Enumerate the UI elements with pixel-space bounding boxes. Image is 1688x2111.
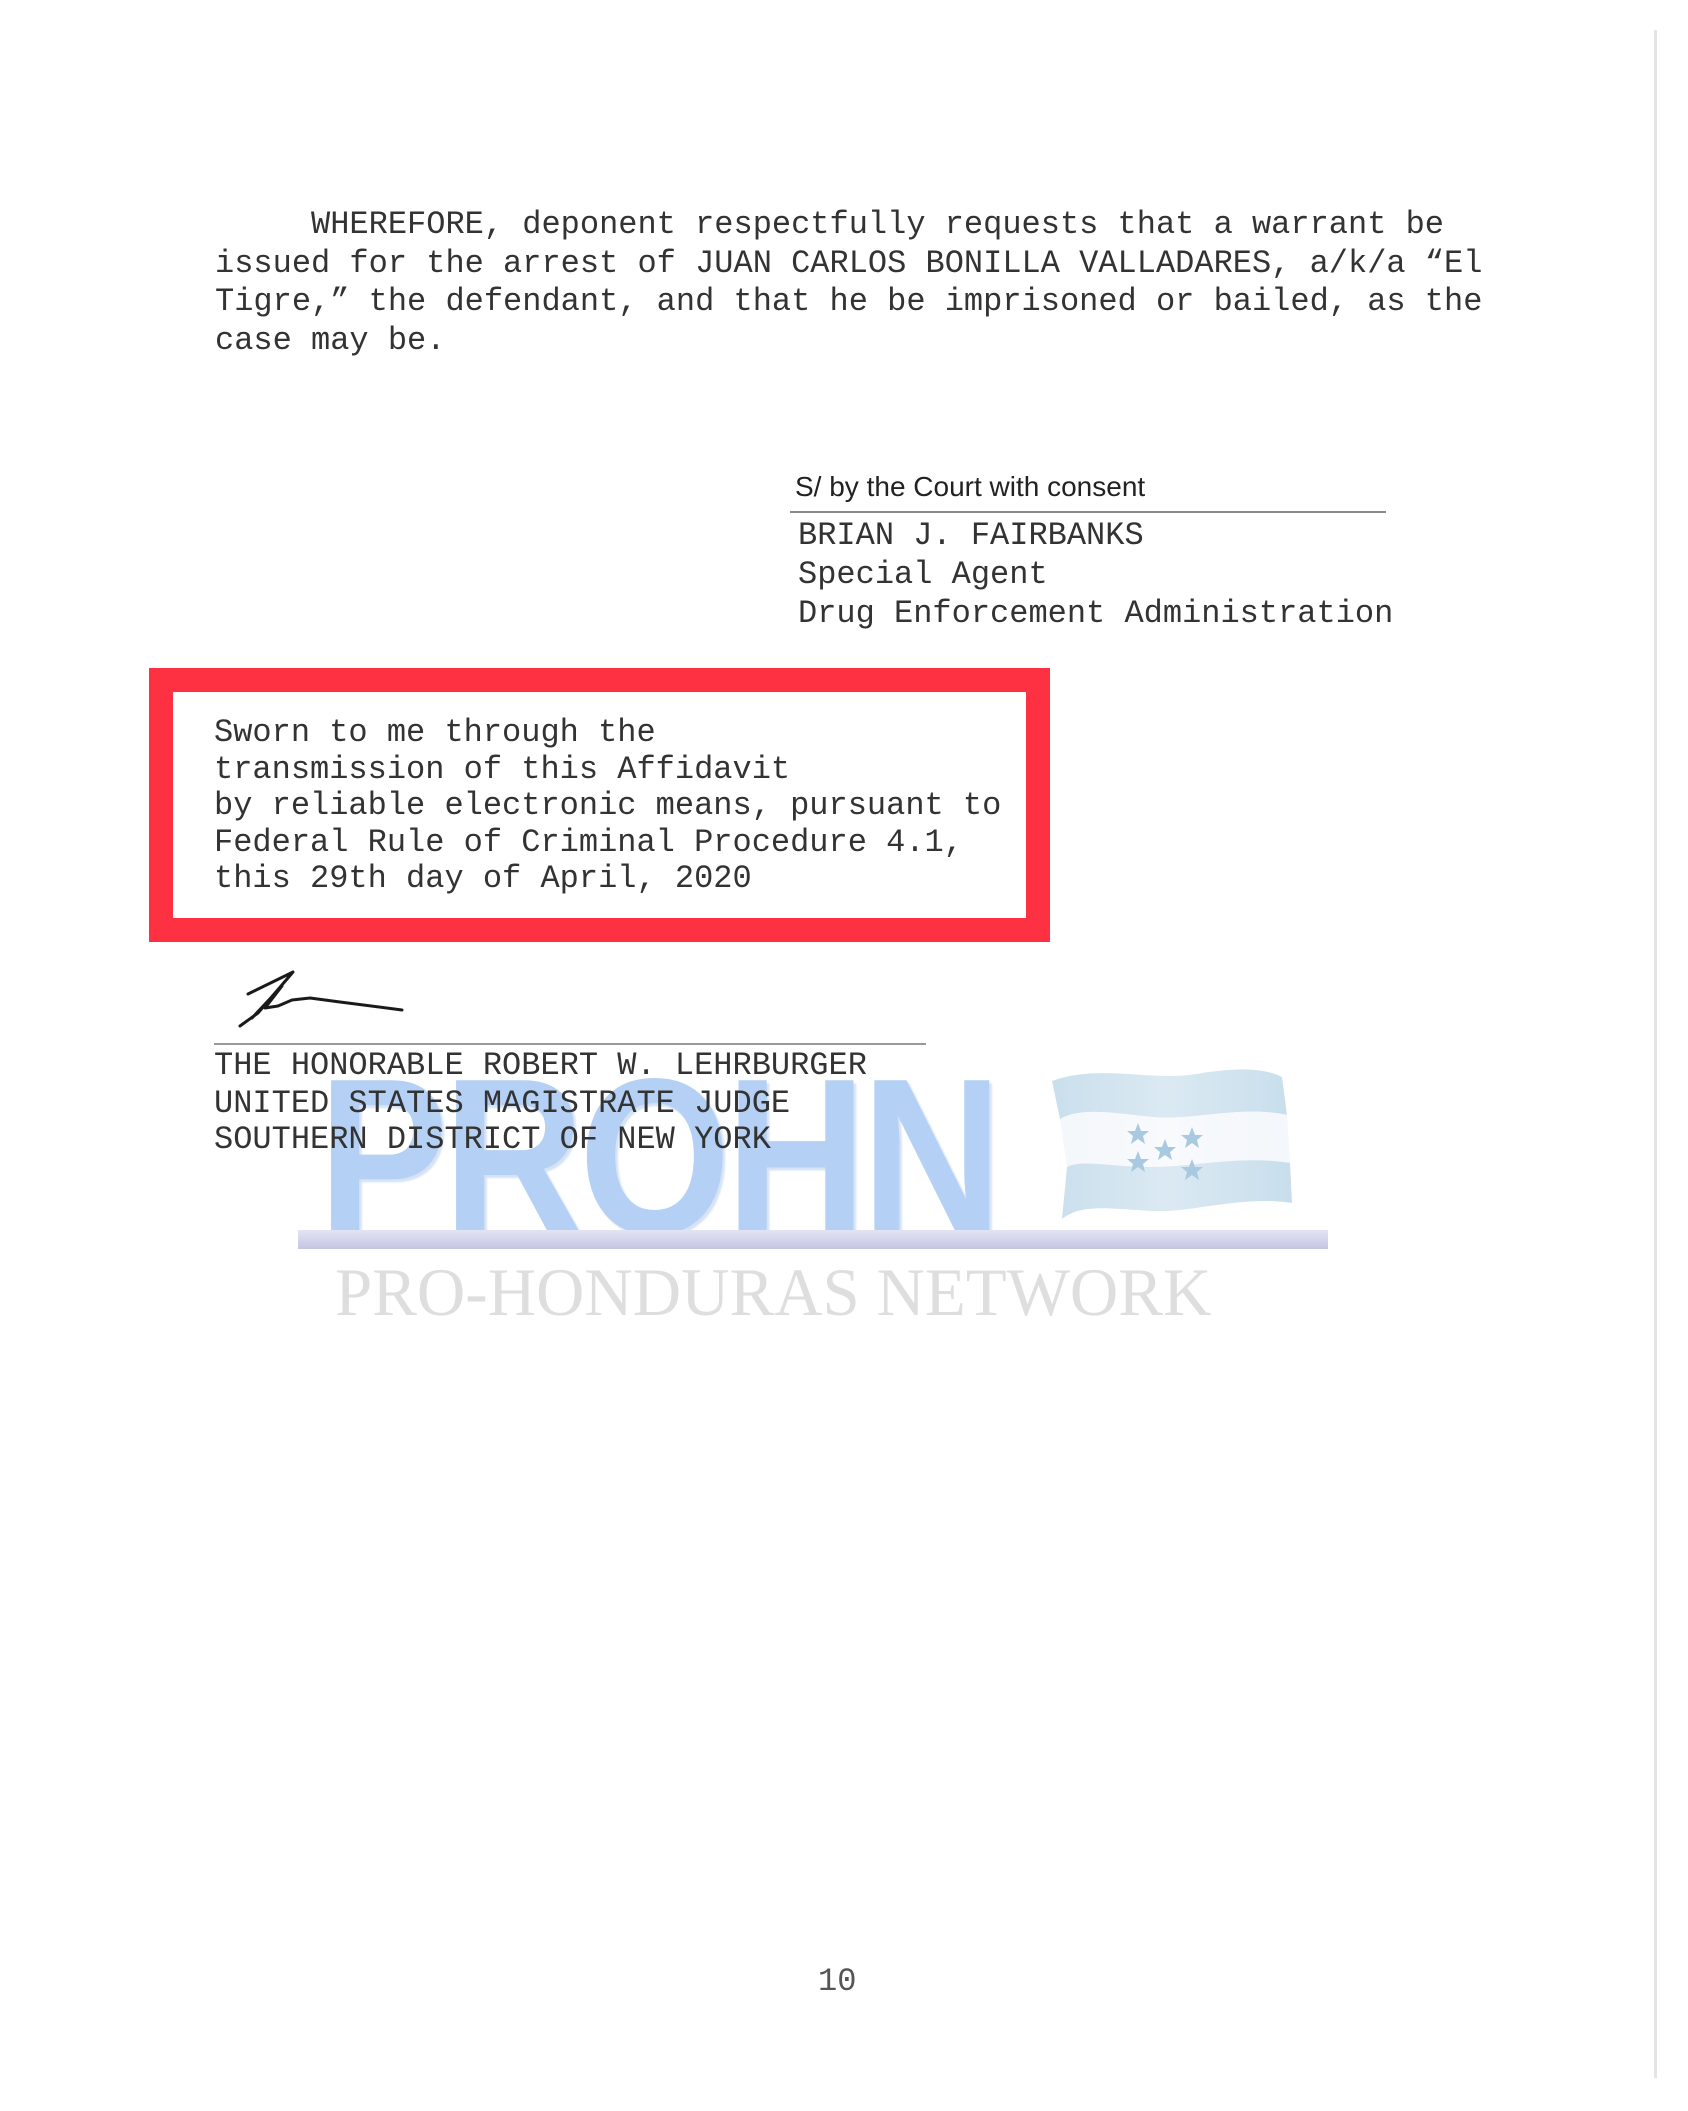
watermark-caption: PRO-HONDURAS NETWORK — [335, 1258, 1211, 1326]
paragraph-line: issued for the arrest of JUAN CARLOS BON… — [215, 248, 1482, 280]
sworn-line: transmission of this Affidavit — [214, 754, 790, 786]
sworn-line: this 29th day of April, 2020 — [214, 863, 752, 895]
agent-agency: Drug Enforcement Administration — [798, 598, 1393, 630]
judge-title: UNITED STATES MAGISTRATE JUDGE — [214, 1088, 790, 1120]
page-number: 10 — [818, 1966, 856, 1998]
sworn-line: Federal Rule of Criminal Procedure 4.1, — [214, 827, 963, 859]
sworn-line: by reliable electronic means, pursuant t… — [214, 790, 1001, 822]
honduras-flag-icon — [1042, 1063, 1292, 1221]
agent-title: Special Agent — [798, 559, 1048, 591]
paragraph-line: WHEREFORE, deponent respectfully request… — [215, 209, 1444, 241]
watermark-divider-bar — [298, 1230, 1328, 1249]
paragraph-line: case may be. — [215, 325, 445, 357]
page-edge-border — [1654, 30, 1657, 2078]
agent-signature-line — [790, 511, 1386, 513]
handwritten-signature-icon — [230, 960, 420, 1035]
judge-district: SOUTHERN DISTRICT OF NEW YORK — [214, 1124, 771, 1156]
judge-signature-line — [214, 1043, 926, 1045]
paragraph-line: Tigre,” the defendant, and that he be im… — [215, 286, 1482, 318]
agent-electronic-signature: S/ by the Court with consent — [795, 473, 1145, 501]
agent-name: BRIAN J. FAIRBANKS — [798, 520, 1144, 552]
sworn-line: Sworn to me through the — [214, 717, 656, 749]
judge-name: THE HONORABLE ROBERT W. LEHRBURGER — [214, 1050, 867, 1082]
